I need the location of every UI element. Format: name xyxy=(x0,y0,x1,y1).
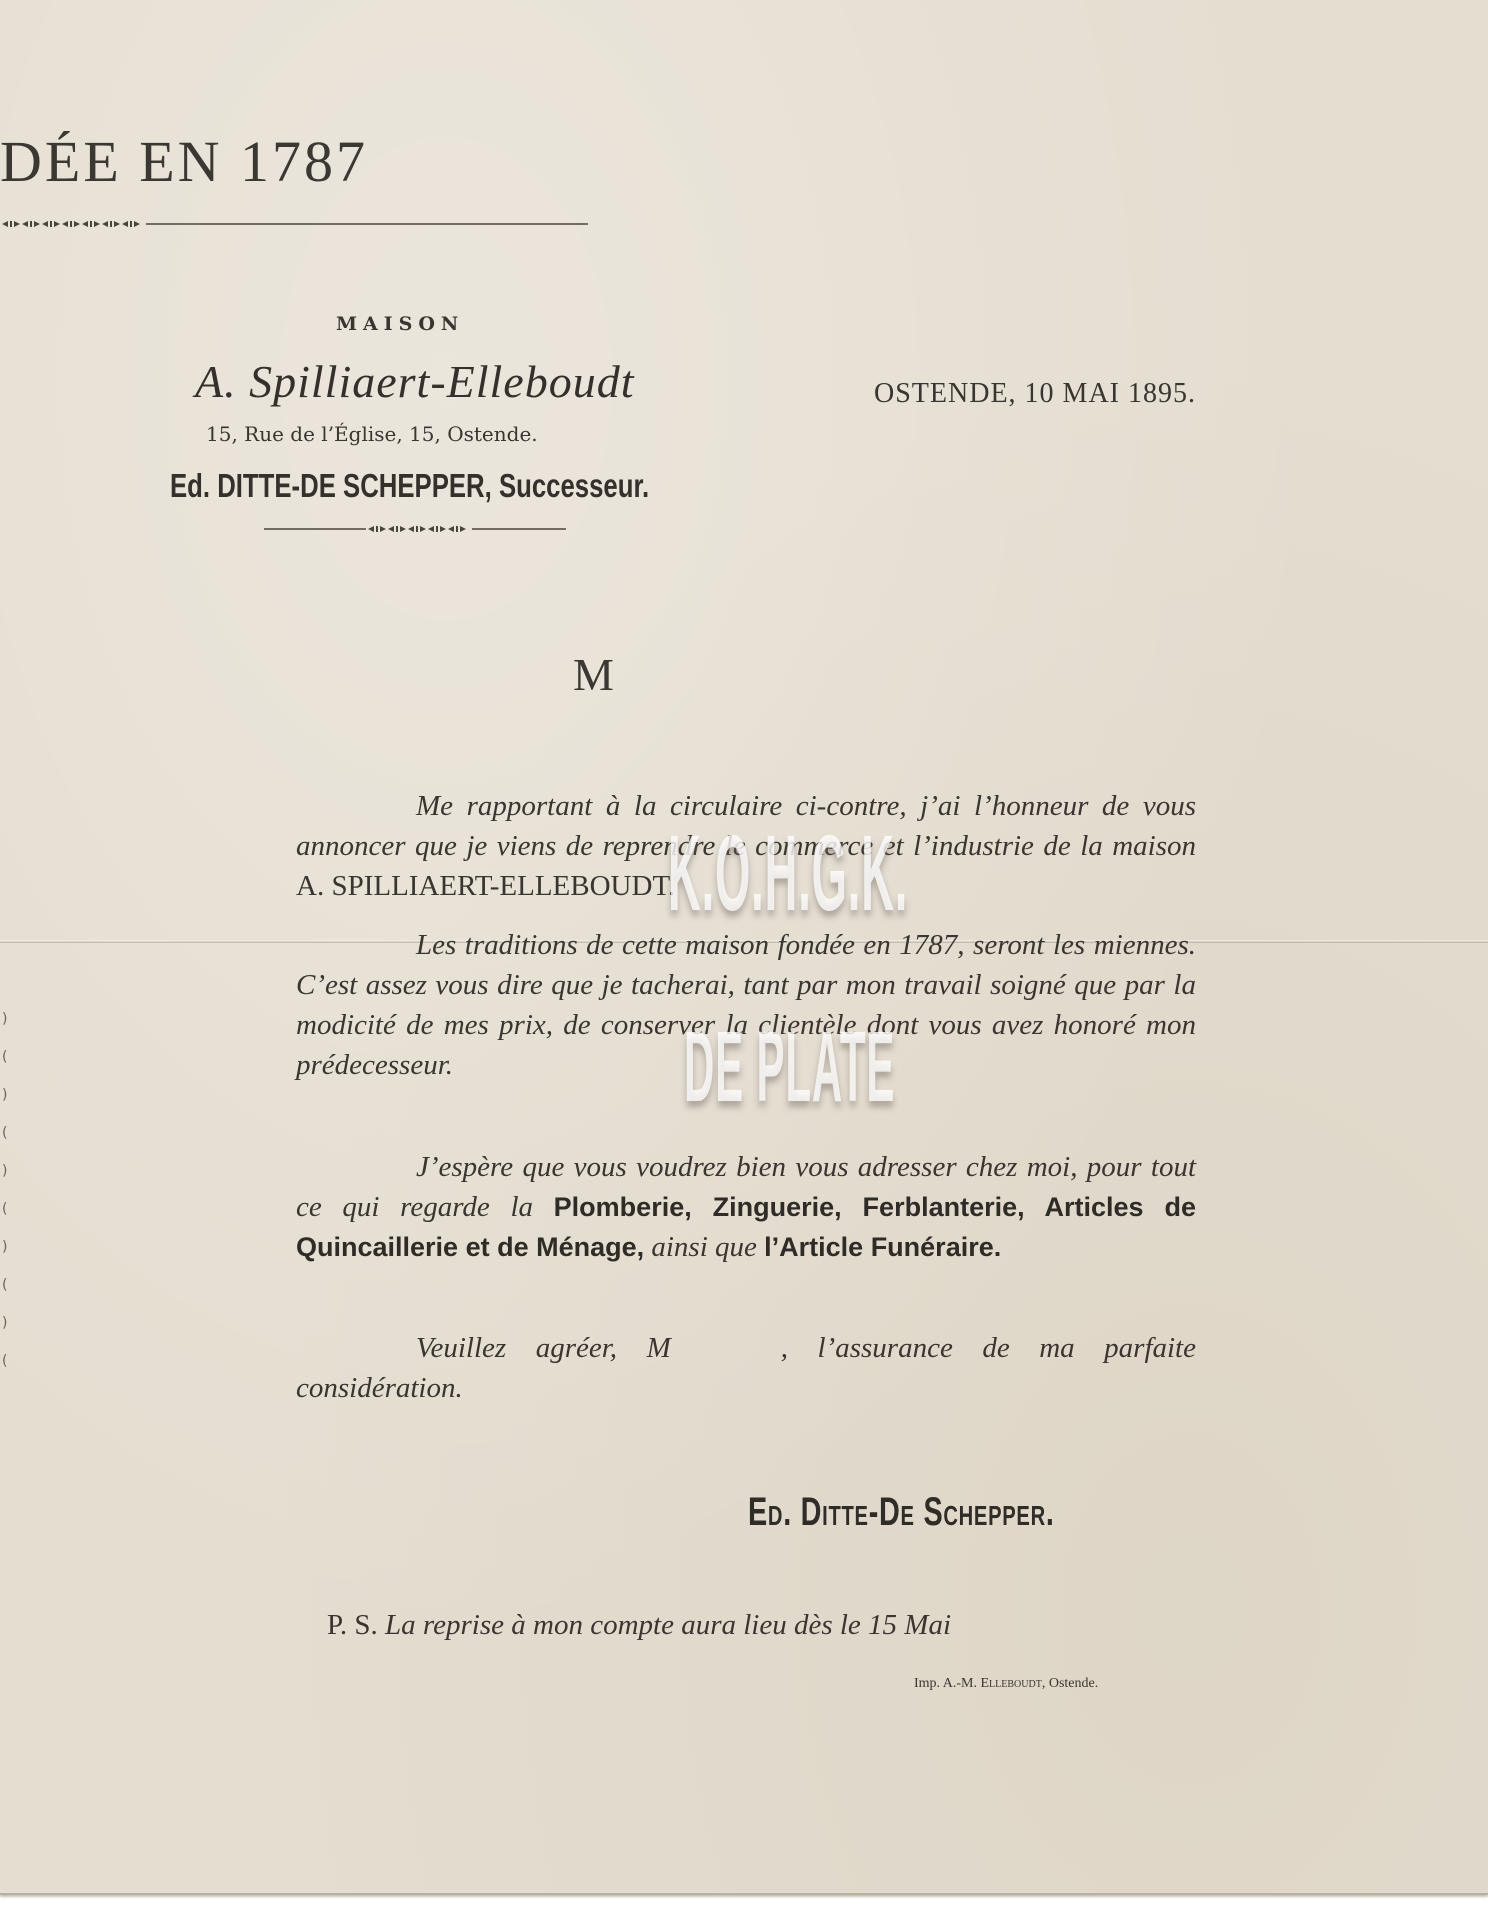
maison-label: MAISON xyxy=(336,313,464,335)
successor-line: Ed. DITTE-DE SCHEPPER, Successeur. xyxy=(170,467,649,505)
house-name: A. Spilliaert-Elleboudt xyxy=(195,355,635,408)
paragraph-3-mid: ainsi que xyxy=(644,1231,764,1263)
ornamental-rule-middle xyxy=(262,523,568,535)
date-line: OSTENDE, 10 MAI 1895. xyxy=(874,378,1196,410)
imprint-prefix: Imp. A.-M. xyxy=(914,1676,981,1691)
postscript-text: La reprise à mon compte aura lieu dès le… xyxy=(385,1609,951,1641)
closing-paragraph: Veuillez agréer, M, l’assurance de ma pa… xyxy=(296,1328,1196,1408)
funeral-article: l’Article Funéraire. xyxy=(764,1232,1001,1262)
printer-imprint: Imp. A.-M. Elleboudt, Ostende. xyxy=(914,1676,1098,1692)
left-edge-binding-marks: )()()()()( xyxy=(2,1000,16,1380)
salutation: M xyxy=(573,648,614,701)
paragraph-3: J’espère que vous voudrez bien vous adre… xyxy=(296,1147,1196,1267)
imprint-suffix: , Ostende. xyxy=(1042,1676,1098,1691)
founded-heading: DÉE EN 1787 xyxy=(0,128,368,195)
closing-start: Veuillez agréer, M xyxy=(416,1332,671,1364)
imprint-name: Elleboudt xyxy=(981,1676,1042,1691)
postscript: P. S. La reprise à mon compte aura lieu … xyxy=(327,1609,951,1642)
postscript-label: P. S. xyxy=(327,1609,378,1641)
watermark-line-1: K.O.H.G.K. xyxy=(668,810,908,935)
watermark-line-2: DE PLATE xyxy=(684,1010,895,1125)
ornamental-rule-top xyxy=(0,218,590,230)
signature: Ed. Ditte-De Schepper. xyxy=(748,1490,1055,1535)
paragraph-1-house-name: A. SPILLIAERT-ELLEBOUDT. xyxy=(296,870,675,902)
house-address: 15, Rue de l’Église, 15, Ostende. xyxy=(206,422,538,446)
letter-paper: DÉE EN 1787 MAISON A. Spilliaert-Ellebou… xyxy=(0,0,1488,1895)
